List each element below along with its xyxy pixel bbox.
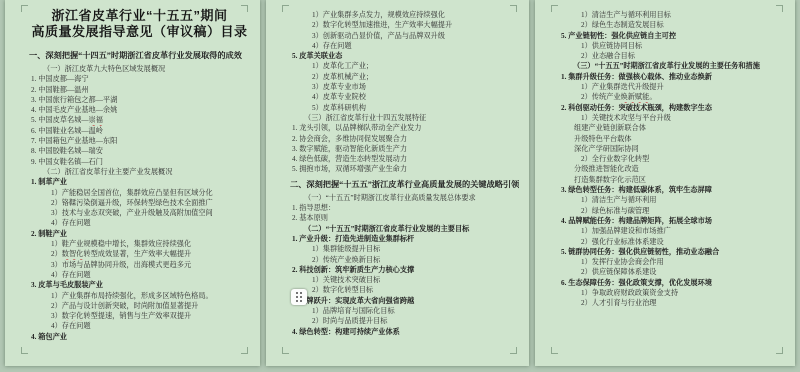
toc-line: 深化产学研国际协同 (559, 144, 785, 154)
toc-line: 1）产业集群多点发力，规模效应持续强化 (290, 10, 519, 20)
toc-line: 2）全行业数字化转型 (559, 154, 785, 164)
toc-line: 2）皮革机械产业； (290, 72, 519, 82)
margin-corner-mark (282, 5, 289, 12)
spellcheck-underline: 崇福 (89, 116, 103, 124)
toc-line: 2）强化行业标准体系建设 (559, 237, 785, 247)
toc-line: 2. 制鞋产业 (29, 229, 250, 239)
toc-line: 1）关键技术突破目标 (290, 275, 519, 285)
toc-line: 一、深刻把握“十四五”时期浙江省皮革行业发展取得的成效 (29, 49, 250, 62)
toc-line: 5. 中国皮草名城—崇福 (29, 115, 250, 125)
toc-line: 分级推进智能化改造 (559, 164, 785, 174)
spellcheck-underline: 数字化 (62, 312, 84, 320)
toc-line: 4. 绿色转型：构建可持续产业体系 (290, 327, 519, 337)
toc-line: 升级特色平台载体 (559, 134, 785, 144)
toc-line: 6. 中国鞋业名城—温岭 (29, 126, 250, 136)
toc-line: 3）创新驱动凸显价值，产品与品牌双升级 (290, 31, 519, 41)
toc-line: 2）铬鞣污染倒逼升级，环保转型绿色技术全面推广 (29, 198, 250, 208)
toc-line: （二）浙江省皮革行业主要产业发展概况 (29, 167, 250, 177)
toc-line: 4. 中国毛皮产业基地—余姚 (29, 105, 250, 115)
toc-line: 3）数字化转型提速，销售与生产效率双提升 (29, 311, 250, 321)
toc-line: 4）存在问题 (290, 41, 519, 51)
margin-corner-mark (241, 347, 248, 354)
toc-line: 3. 品牌跃升：实现皮革大省向强省跨越 (290, 296, 519, 306)
margin-corner-mark (551, 347, 558, 354)
toc-line: 2）绿色生态制造发展目标 (559, 20, 785, 30)
toc-line: 1. 指导思想： (290, 203, 519, 213)
margin-corner-mark (510, 347, 517, 354)
toc-line: 2. 中国鞋都—温州 (29, 85, 250, 95)
toc-line: 3. 绿色转型任务：构建低碳体系，筑牢生态屏障 (559, 185, 785, 195)
toc-line: 组建产业链创新联合体 (559, 123, 785, 133)
document-page-2: 1）产业集群多点发力，规模效应持续强化2）数字化转型加速推进，生产效率大幅提升3… (266, 0, 529, 366)
margin-corner-mark (551, 5, 558, 12)
toc-line: 1）关键技术攻坚与平台升级 (559, 113, 785, 123)
toc-line: 4）存在问题 (29, 321, 250, 331)
toc-line: 4. 绿色低碳，营造生态转型发展动力 (290, 154, 519, 164)
toc-line: （三）“十五五”时期浙江省皮革行业发展的主要任务和措施 (559, 61, 785, 71)
toc-line: 1）品牌培育与国际化目标 (290, 306, 519, 316)
document-canvas: { "colors": { "canvas_bg": "#b3c8b5", "p… (0, 0, 800, 372)
toc-line: 1）产能稳居全国首位，集群效应凸显但有区域分化 (29, 188, 250, 198)
margin-corner-mark (21, 5, 28, 12)
toc-line: 4）存在问题 (29, 270, 250, 280)
document-page-1: 浙江省皮革行业“十五五”期间 高质量发展指导意见（审议稿）目录 一、深刻把握“十… (5, 0, 260, 366)
toc-line: 3）市场与品牌协同升级，出海模式更趋多元 (29, 260, 250, 270)
toc-line: 2）传统产业焕新目标 (290, 255, 519, 265)
toc-line: 2. 基本原则 (290, 213, 519, 223)
toc-line: 3. 数字赋能，驱动智能化新质生产力 (290, 144, 519, 154)
toc-line: （一）浙江皮革九大特色区域发展概况 (29, 64, 250, 74)
toc-line: 1. 产业升级：打造先进制造业集群标杆 (290, 234, 519, 244)
toc-line: 1）发挥行业协会商会作用 (559, 257, 785, 267)
margin-corner-mark (21, 347, 28, 354)
toc-line: 9. 中国女鞋名镇—石门 (29, 157, 250, 167)
toc-line: 3）技术与业态双突破，产业升级触及高附加值空间 (29, 208, 250, 218)
toc-line: 5. 链群协同任务：强化供应链韧性，推动业态融合 (559, 247, 785, 257)
toc-line: 1）鞋产业规模稳中增长，集群效应持续强化 (29, 239, 250, 249)
toc-line: 2. 协会商会，多维协同促发展聚合力 (290, 134, 519, 144)
toc-line: 4）皮革专业院校 (290, 92, 519, 102)
toc-line: 1. 制革产业 (29, 177, 250, 187)
toc-line: 1）产业集群布局持续强化，形成多区域特色格局。 (29, 291, 250, 301)
drag-handle-icon[interactable] (291, 289, 307, 305)
toc-line: 1）供应链协同目标 (559, 41, 785, 51)
toc-line: 3. 中国旅行箱包之都—平湖 (29, 95, 250, 105)
margin-corner-mark (776, 347, 783, 354)
document-title-line2: 高质量发展指导意见（审议稿）目录 (29, 24, 250, 40)
toc-line: 1）清洁生产与循环利用 (559, 195, 785, 205)
toc-line: 打造集群数字化示范区 (559, 175, 785, 185)
toc-line: 5）皮革科研机构 (290, 103, 519, 113)
toc-line: 4. 箱包产业 (29, 332, 250, 342)
toc-line: 8. 中国胶鞋名城—瑞安 (29, 146, 250, 156)
toc-line: 5. 拥抱市场，双循环增强产业生命力 (290, 164, 519, 174)
toc-line: 3. 皮革与毛皮服装产业 (29, 280, 250, 290)
toc-line: 2）业态融合目标 (559, 51, 785, 61)
toc-line: 1）清洁生产与循环利用目标 (559, 10, 785, 20)
toc-line: 2）数字化转型目标 (290, 285, 519, 295)
document-title: 浙江省皮革行业“十五五”期间 高质量发展指导意见（审议稿）目录 (29, 8, 250, 39)
toc-line: 1. 龙头引领，以品牌梯队带动全产业发力 (290, 123, 519, 133)
document-page-3: 1）清洁生产与循环利用目标2）绿色生态制造发展目标5. 产业链韧性：强化供应链自… (535, 0, 795, 366)
toc-page2-lines: 1）产业集群多点发力，规模效应持续强化2）数字化转型加速推进，生产效率大幅提升3… (290, 10, 519, 337)
toc-line: 2. 科创驱动任务：突破技术瓶颈，构建数字生态 (559, 103, 785, 113)
toc-line: 2）传统产业焕新赋能。 (559, 92, 785, 102)
toc-line: 1. 中国皮都—海宁 (29, 74, 250, 84)
toc-line: 3）皮革专业市场 (290, 82, 519, 92)
toc-line: 5. 产业链韧性：强化供应链自主可控 (559, 31, 785, 41)
toc-line: 2）绿色标准与碳管理 (559, 206, 785, 216)
toc-line: 2）供应链保障体系建设 (559, 267, 785, 277)
toc-line: 2）时尚与品质提升目标 (290, 316, 519, 326)
toc-line: 1）加强品牌建设和市场推广 (559, 226, 785, 236)
toc-line: 6. 生态保障任务：强化政策支撑，优化发展环境 (559, 278, 785, 288)
toc-line: 1）争取政府财政政策资金支持 (559, 288, 785, 298)
toc-line: 1. 集群升级任务：做强核心载体、推动业态焕新 (559, 72, 785, 82)
toc-line: 2. 科技创新：筑牢新质生产力核心支撑 (290, 265, 519, 275)
toc-line: 7. 中国箱包产业基地—东阳 (29, 136, 250, 146)
spellcheck-underline: 筑牢新质 (335, 266, 364, 274)
toc-line: 1）皮革化工产业； (290, 61, 519, 71)
toc-line: （二）“十五五”时期浙江省皮革行业发展的主要目标 (290, 224, 519, 234)
toc-line: 1）集群能级提升目标 (290, 244, 519, 254)
toc-line: 4. 品牌赋能任务：构建品牌矩阵，拓展全球市场 (559, 216, 785, 226)
toc-line: （三）浙江省皮革行业十四五发展特征 (290, 113, 519, 123)
document-title-line1: 浙江省皮革行业“十五五”期间 (29, 8, 250, 24)
toc-line: 2）人才引育与行业治理 (559, 298, 785, 308)
spellcheck-underline: 数智化 (62, 250, 84, 258)
toc-line: 2）数智化转型成效显著，生产效率大幅提升 (29, 249, 250, 259)
toc-line: 二、深刻把握“十五五”浙江皮革行业高质量发展的关键战略引领 (290, 178, 519, 191)
spellcheck-underline: 新质 (371, 145, 385, 153)
margin-corner-mark (282, 347, 289, 354)
toc-line: 2）产品与设计创新突破，时尚附加值显著提升 (29, 301, 250, 311)
toc-line: 5. 皮革关联业态 (290, 51, 519, 61)
toc-line: 1）产业集群迭代升级提升 (559, 82, 785, 92)
toc-line: 2）数字化转型加速推进，生产效率大幅提升 (290, 20, 519, 30)
toc-line: 4）存在问题 (29, 218, 250, 228)
toc-line: （一）“十五五”时期浙江皮革行业高质量发展总体要求 (290, 193, 519, 203)
toc-page1-lines: 一、深刻把握“十四五”时期浙江省皮革行业发展取得的成效（一）浙江皮革九大特色区域… (29, 49, 250, 342)
spellcheck-underline: 焕新赋能 (621, 93, 650, 101)
toc-page3-lines: 1）清洁生产与循环利用目标2）绿色生态制造发展目标5. 产业链韧性：强化供应链自… (559, 10, 785, 309)
